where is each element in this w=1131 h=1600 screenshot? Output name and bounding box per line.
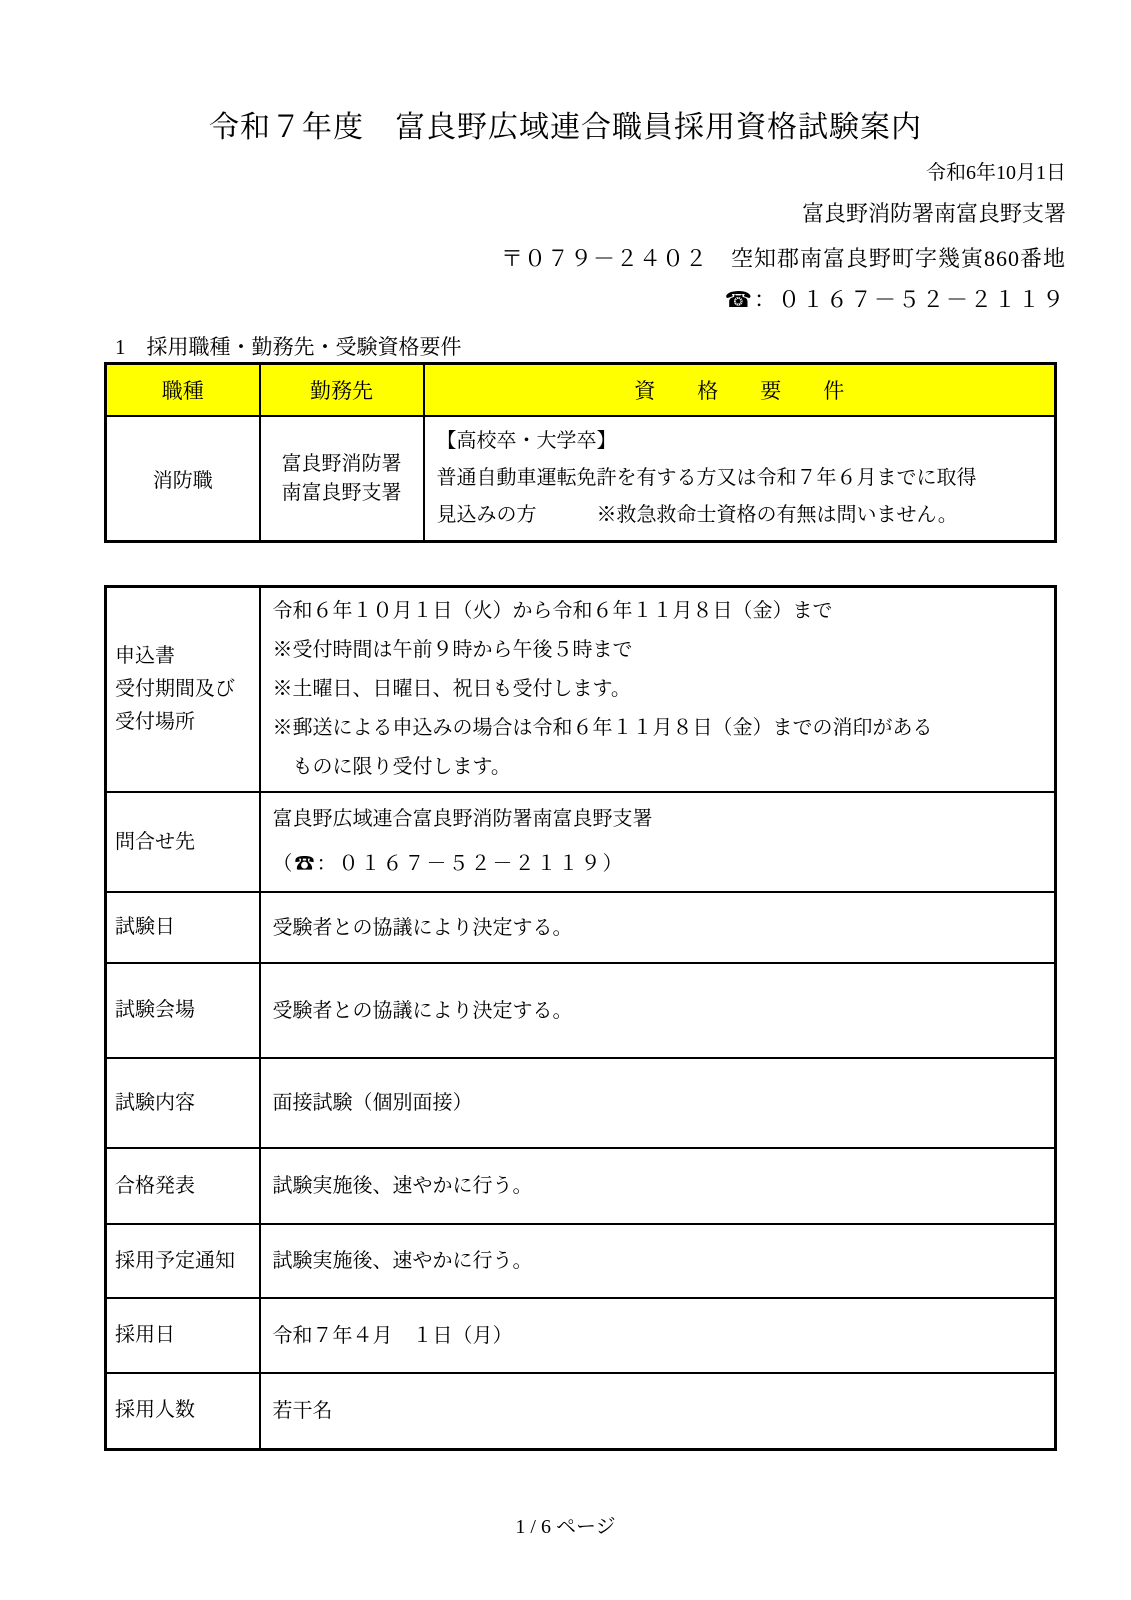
row-value: 若干名 [260, 1373, 1056, 1449]
row-label: 合格発表 [106, 1148, 260, 1224]
page-number: 1 / 6 ページ [0, 1510, 1131, 1539]
table-row-exam-content: 試験内容 面接試験（個別面接） [106, 1058, 1056, 1148]
workplace-line: 南富良野支署 [262, 479, 422, 508]
document-page: 令和７年度 富良野広域連合職員採用資格試験案内 令和6年10月1日 富良野消防署… [0, 0, 1131, 1600]
requirement-line: 見込みの方 ※救急救命士資格の有無は問いません。 [437, 497, 1047, 534]
row-value: 面接試験（個別面接） [260, 1058, 1056, 1148]
table-row-hiring-notice: 採用予定通知 試験実施後、速やかに行う。 [106, 1224, 1056, 1298]
workplace-cell: 富良野消防署 南富良野支署 [260, 416, 424, 542]
row-label: 試験内容 [106, 1058, 260, 1148]
row-value: 令和６年１０月１日（火）から令和６年１１月８日（金）まで ※受付時間は午前９時か… [260, 587, 1056, 793]
requirements-cell: 【高校卒・大学卒】 普通自動車運転免許を有する方又は令和７年６月までに取得 見込… [424, 416, 1056, 542]
row-value: 富良野広域連合富良野消防署南富良野支署 （☎：０１６７－５２－２１１９） [260, 792, 1056, 892]
row-label: 試験会場 [106, 963, 260, 1058]
qualification-table-header-row: 職種 勤務先 資 格 要 件 [106, 364, 1056, 417]
row-label: 採用人数 [106, 1373, 260, 1449]
table-row-application-period: 申込書 受付期間及び 受付場所 令和６年１０月１日（火）から令和６年１１月８日（… [106, 587, 1056, 793]
row-value: 受験者との協議により決定する。 [260, 892, 1056, 963]
requirement-line: 普通自動車運転免許を有する方又は令和７年６月までに取得 [437, 460, 1047, 497]
table-row-exam-venue: 試験会場 受験者との協議により決定する。 [106, 963, 1056, 1058]
row-label: 採用日 [106, 1298, 260, 1373]
row-value: 受験者との協議により決定する。 [260, 963, 1056, 1058]
row-label: 申込書 受付期間及び 受付場所 [106, 587, 260, 793]
application-details-table: 申込書 受付期間及び 受付場所 令和６年１０月１日（火）から令和６年１１月８日（… [104, 585, 1057, 1451]
qualification-table: 職種 勤務先 資 格 要 件 消防職 富良野消防署 南富良野支署 【高校卒・大学… [104, 362, 1057, 543]
row-label: 採用予定通知 [106, 1224, 260, 1298]
row-value: 試験実施後、速やかに行う。 [260, 1148, 1056, 1224]
table-row-contact: 問合せ先 富良野広域連合富良野消防署南富良野支署 （☎：０１６７－５２－２１１９… [106, 792, 1056, 892]
issuer-name: 富良野消防署南富良野支署 [802, 197, 1066, 228]
contact-phone-line: （☎：０１６７－５２－２１１９） [273, 842, 1047, 887]
col-header-workplace: 勤務先 [260, 364, 424, 417]
table-row-pass-announcement: 合格発表 試験実施後、速やかに行う。 [106, 1148, 1056, 1224]
section1-heading: 1 採用職種・勤務先・受験資格要件 [115, 331, 462, 361]
workplace-line: 富良野消防署 [262, 450, 422, 479]
row-value: 令和７年４月 １日（月） [260, 1298, 1056, 1373]
col-header-requirements: 資 格 要 件 [424, 364, 1056, 417]
issuer-address: 〒０７９－２４０２ 空知郡南富良野町字幾寅860番地 [501, 242, 1066, 273]
requirement-line: 【高校卒・大学卒】 [437, 423, 1047, 460]
table-row-exam-date: 試験日 受験者との協議により決定する。 [106, 892, 1056, 963]
issuer-phone-number: ：０１６７－５２－２１１９ [754, 287, 1066, 312]
table-row-hiring-count: 採用人数 若干名 [106, 1373, 1056, 1449]
doc-title: 令和７年度 富良野広域連合職員採用資格試験案内 [0, 102, 1131, 146]
issuer-phone-line: ☎：０１６７－５２－２１１９ [725, 283, 1066, 314]
col-header-job-type: 職種 [106, 364, 260, 417]
issue-date: 令和6年10月1日 [926, 156, 1066, 185]
table-row-hiring-date: 採用日 令和７年４月 １日（月） [106, 1298, 1056, 1373]
row-label: 問合せ先 [106, 792, 260, 892]
job-type-cell: 消防職 [106, 416, 260, 542]
qualification-table-row: 消防職 富良野消防署 南富良野支署 【高校卒・大学卒】 普通自動車運転免許を有す… [106, 416, 1056, 542]
phone-icon: ☎ [725, 287, 754, 312]
row-value: 試験実施後、速やかに行う。 [260, 1224, 1056, 1298]
row-label: 試験日 [106, 892, 260, 963]
